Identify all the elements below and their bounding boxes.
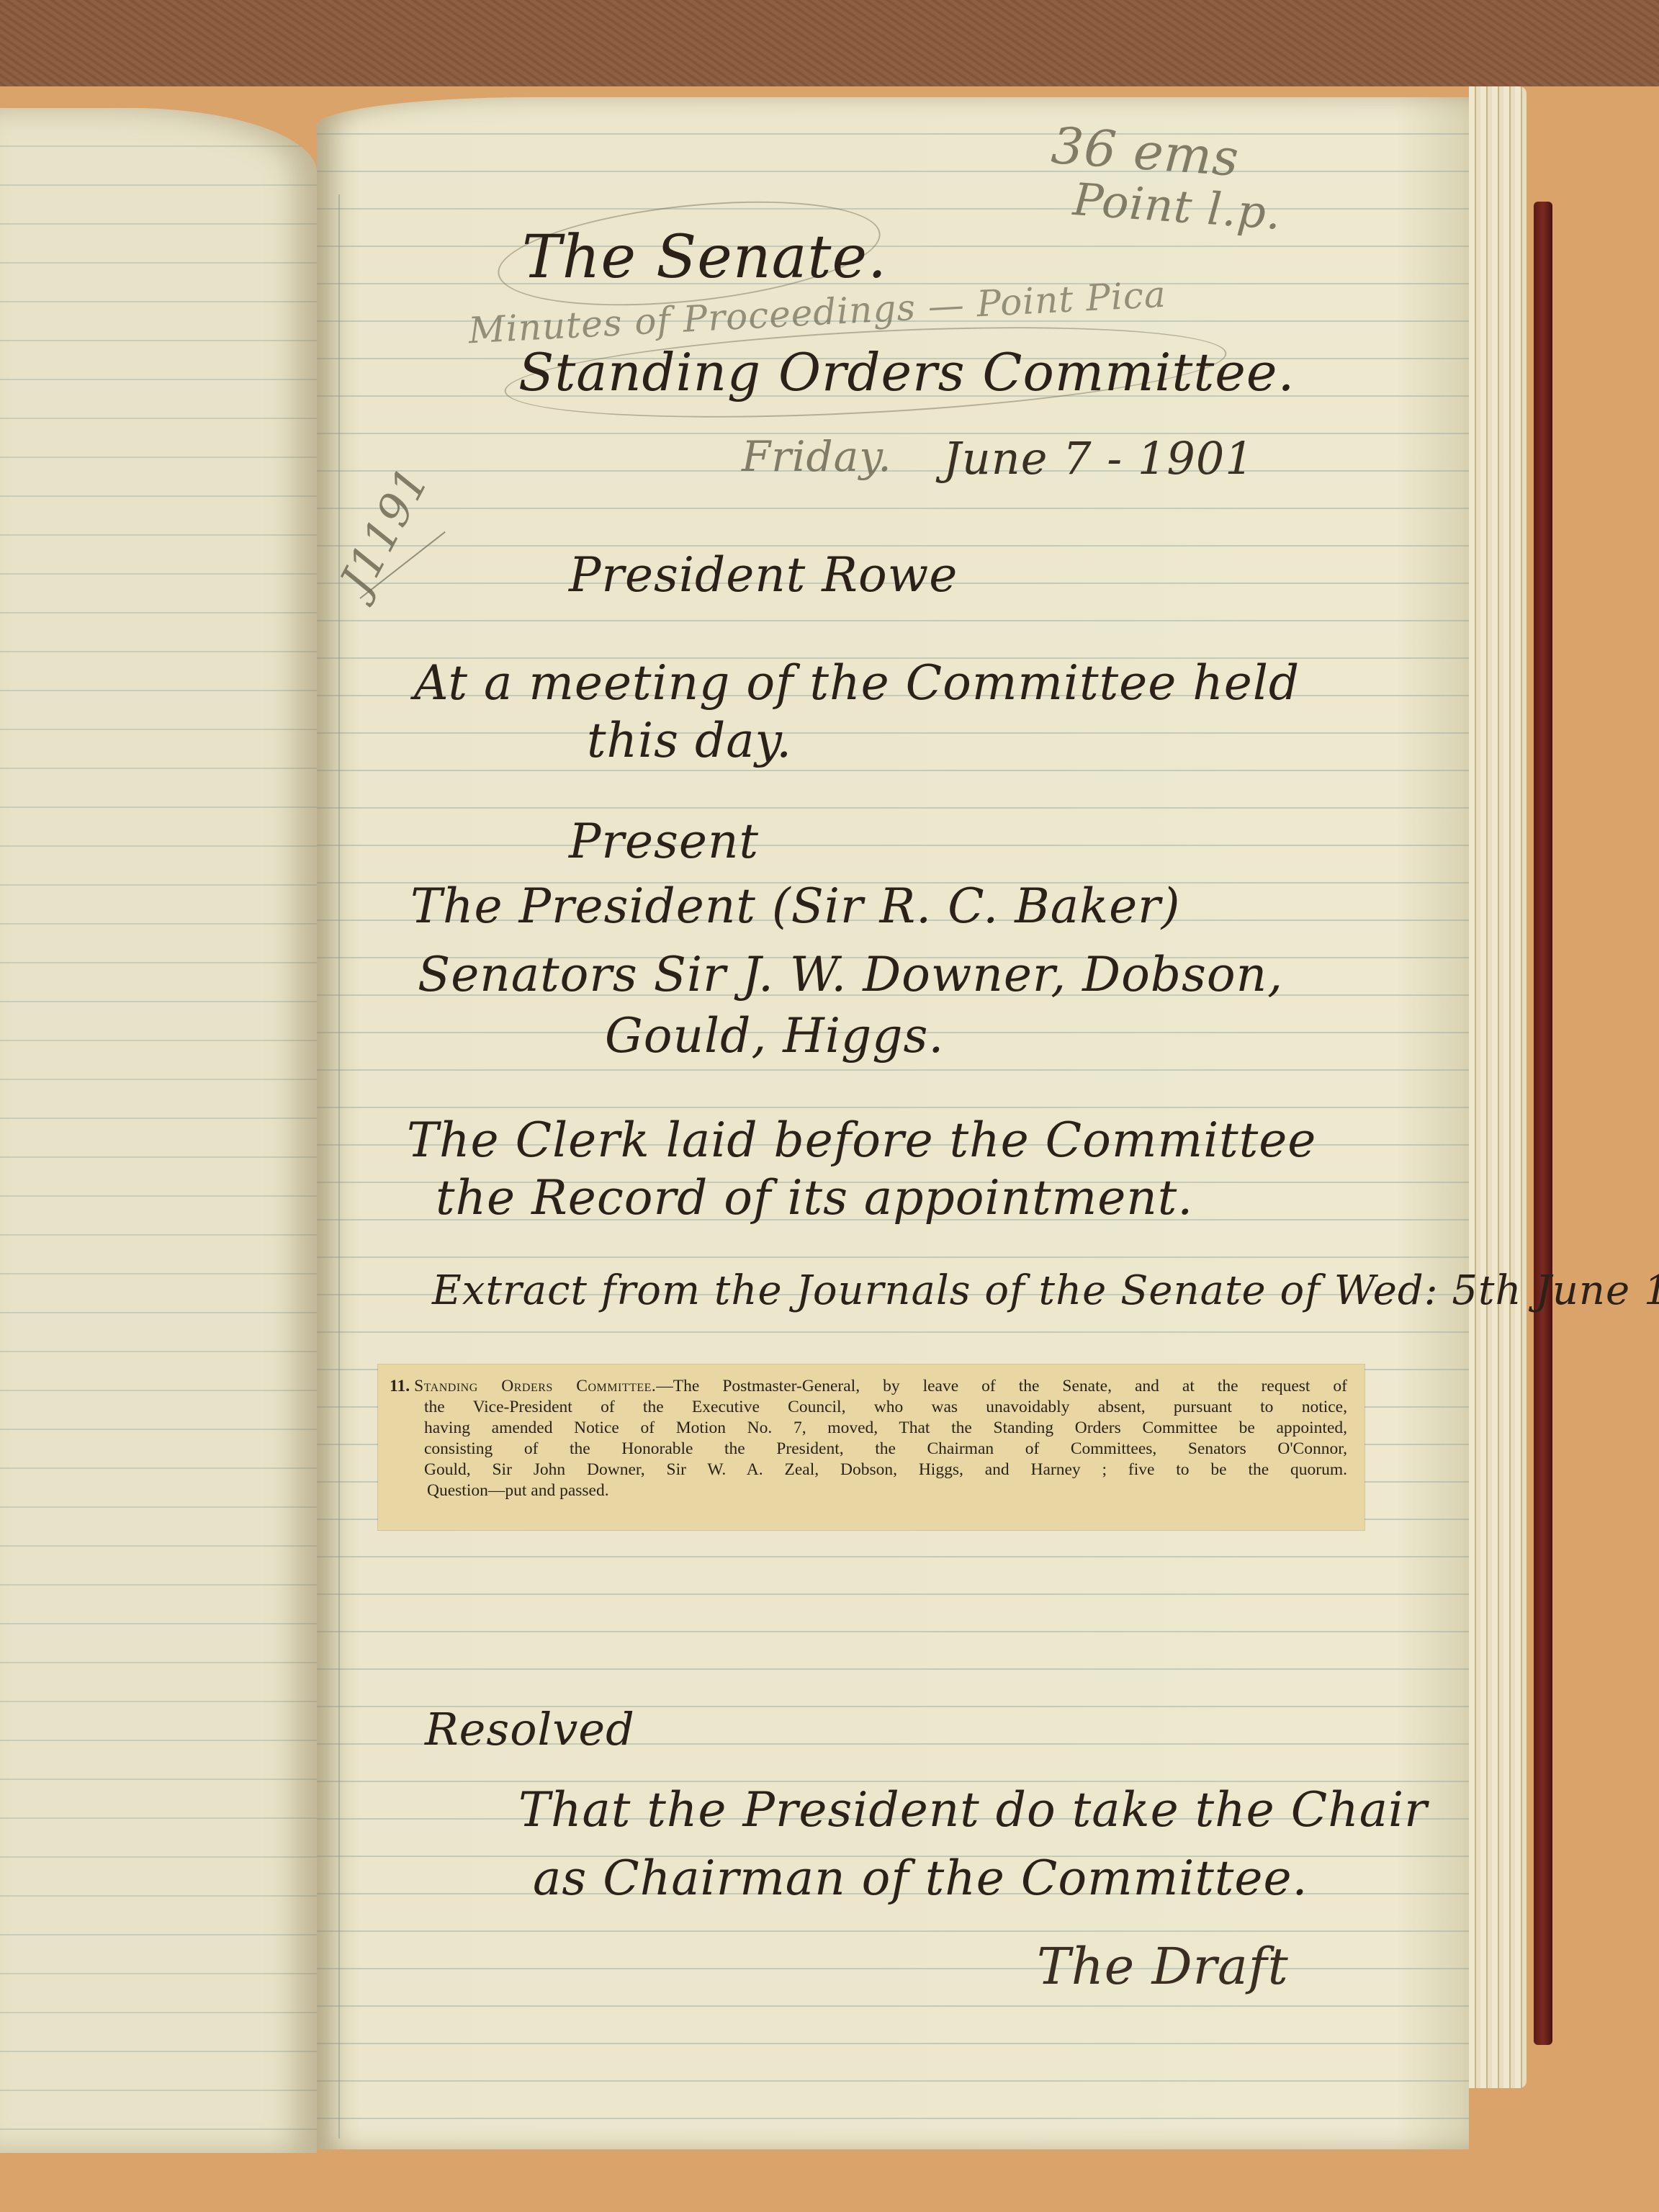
clerk-line-1: The Clerk laid before the Committee xyxy=(407,1112,1316,1168)
book-cover-edge xyxy=(1534,202,1552,2045)
heading-title: The Senate. xyxy=(522,223,887,292)
resolution-label: Resolved xyxy=(425,1703,635,1755)
signature: The Draft xyxy=(1037,1937,1289,1996)
page-edges xyxy=(1469,86,1527,2088)
journal-clipping: 11.Standing Orders Committee.—The Postma… xyxy=(378,1364,1364,1530)
clipping-title: Standing Orders Committee. xyxy=(414,1377,656,1395)
opening-line-1: At a meeting of the Committee held xyxy=(414,655,1300,711)
date-weekday: Friday. xyxy=(742,432,892,481)
resolution-line-1: That the President do take the Chair xyxy=(518,1782,1428,1838)
present-line-1: The President (Sir R. C. Baker) xyxy=(410,878,1180,934)
clipping-number: 11. xyxy=(390,1377,410,1395)
clipping-line-2: the Vice-President of the Executive Coun… xyxy=(390,1397,1347,1418)
clipping-line-6: Question—put and passed. xyxy=(390,1480,1347,1501)
heading-subtitle: Standing Orders Committee. xyxy=(518,342,1295,403)
left-page xyxy=(0,108,317,2153)
extract-heading: Extract from the Journals of the Senate … xyxy=(432,1267,1659,1314)
page-margin-rule xyxy=(338,194,340,2139)
clipping-line-1: —The Postmaster-General, by leave of the… xyxy=(656,1377,1347,1395)
present-line-3: Gould, Higgs. xyxy=(605,1008,944,1064)
clipping-line-4: consisting of the Honorable the Presiden… xyxy=(390,1439,1347,1460)
resolution-line-2: as Chairman of the Committee. xyxy=(533,1851,1308,1906)
clipping-line-5: Gould, Sir John Downer, Sir W. A. Zeal, … xyxy=(390,1460,1347,1480)
presiding-officer: President Rowe xyxy=(569,547,958,603)
clipping-line-3: having amended Notice of Motion No. 7, m… xyxy=(390,1418,1347,1439)
opening-line-2: this day. xyxy=(587,713,792,768)
present-line-2: Senators Sir J. W. Downer, Dobson, xyxy=(418,947,1283,1002)
clerk-line-2: the Record of its appointment. xyxy=(436,1170,1193,1226)
date-value: June 7 - 1901 xyxy=(943,432,1254,485)
present-label: Present xyxy=(569,814,759,869)
